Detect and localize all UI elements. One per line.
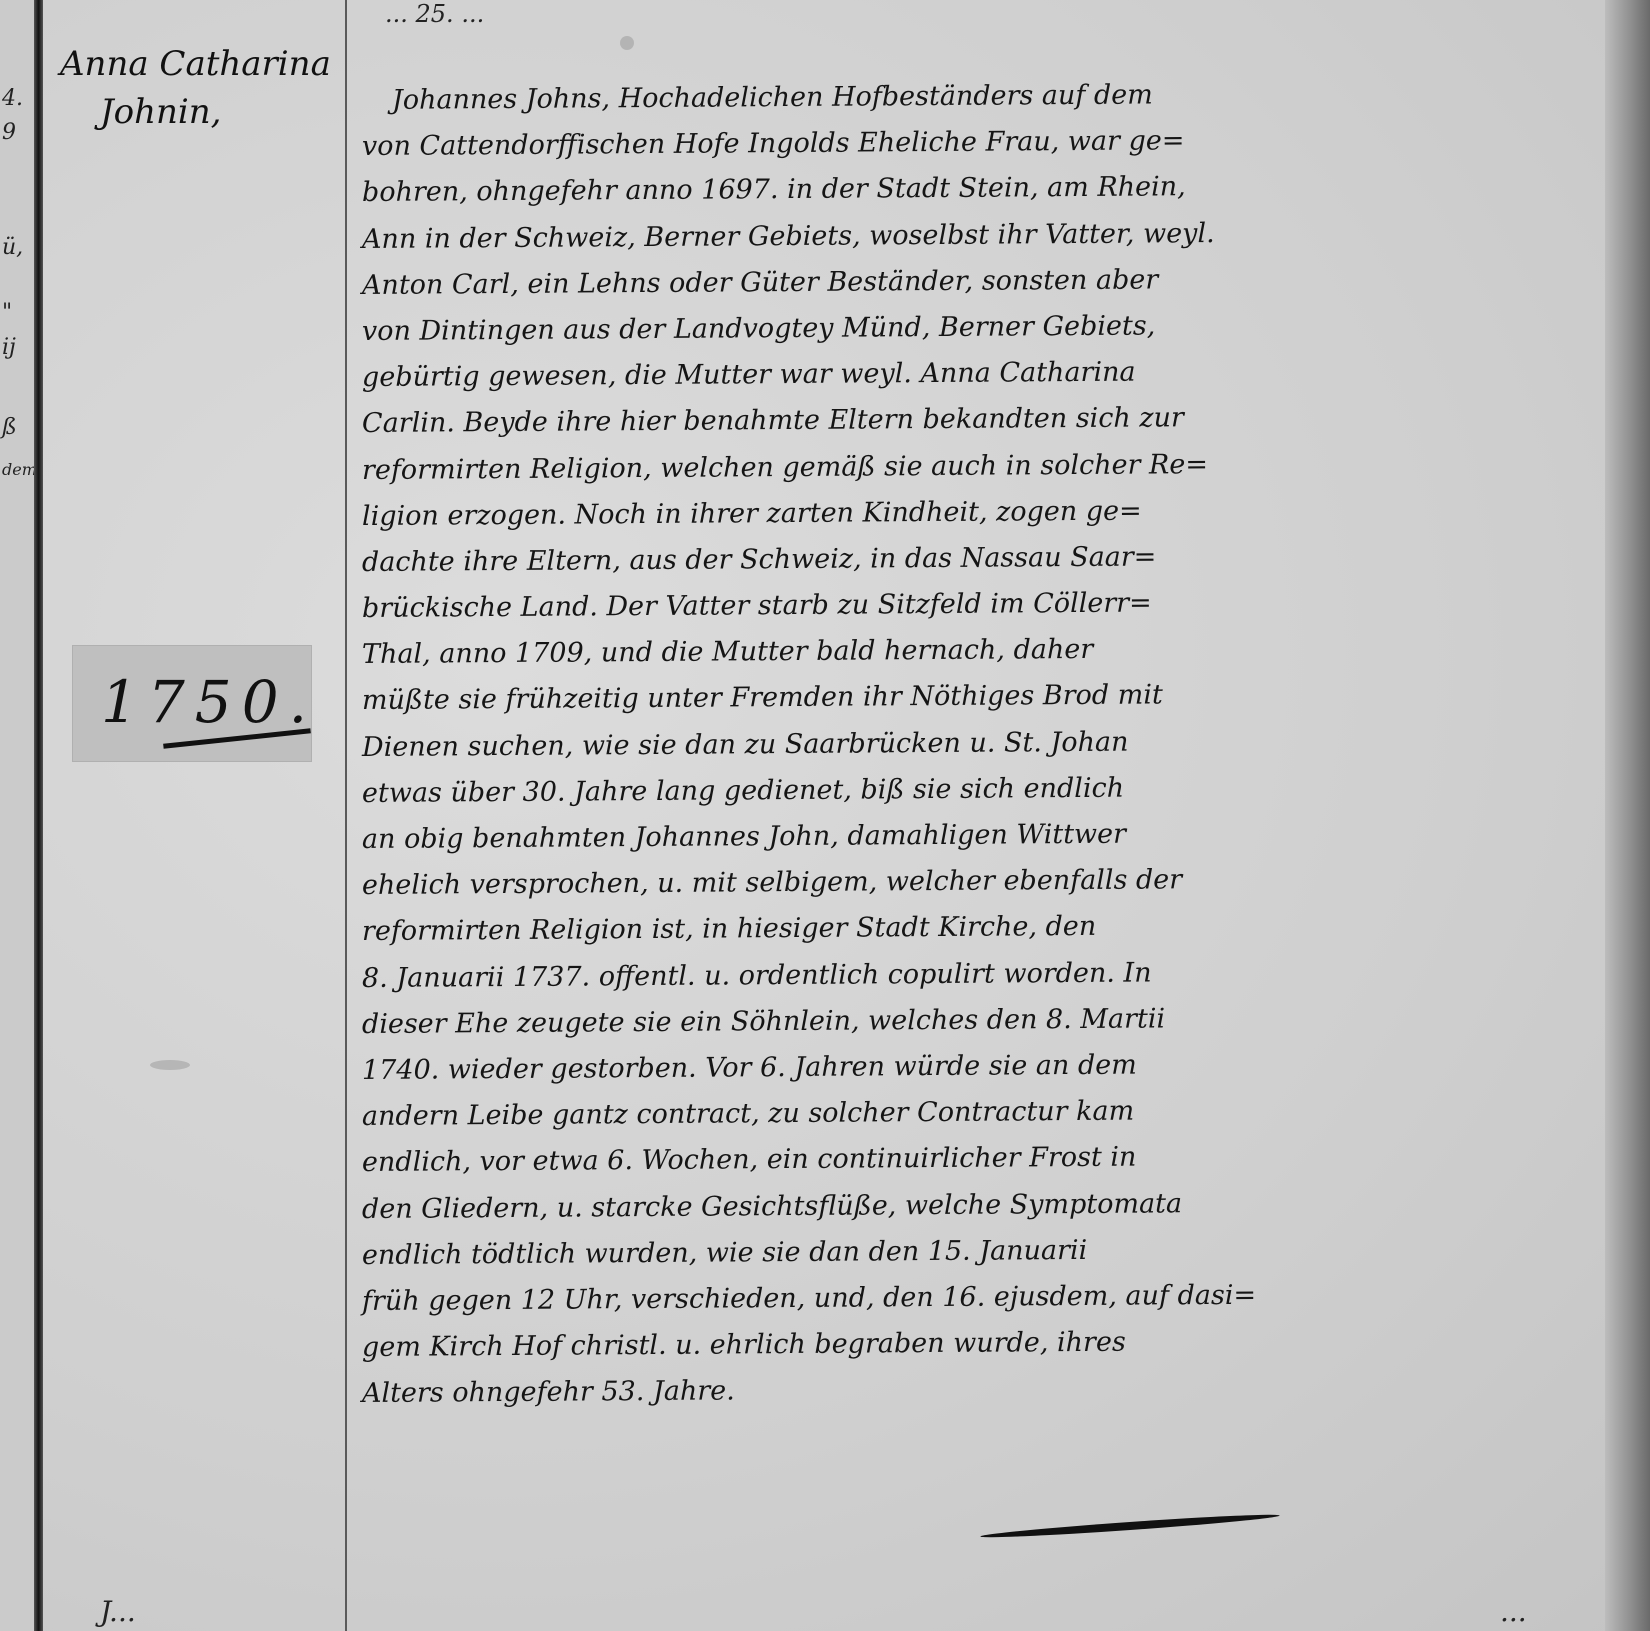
margin-fragment: ij bbox=[2, 335, 16, 360]
entry-line: müßte sie frühzeitig unter Fremden ihr N… bbox=[362, 670, 1612, 725]
entry-line: reformirten Religion ist, in hiesiger St… bbox=[362, 901, 1612, 956]
entry-line: bohren, ohngefehr anno 1697. in der Stad… bbox=[362, 162, 1612, 217]
year-text: 1750. bbox=[101, 668, 317, 736]
paper-stain bbox=[620, 36, 634, 50]
entry-line: 8. Januarii 1737. offentl. u. ordentlich… bbox=[362, 947, 1612, 1002]
entry-line: Alters ohngefehr 53. Jahre. bbox=[362, 1363, 1612, 1418]
entry-line: Carlin. Beyde ihre hier benahmte Eltern … bbox=[362, 393, 1612, 448]
register-page: 4. 9 ü, " ij ß dem ... 25. ... Anna Cath… bbox=[0, 0, 1650, 1631]
top-fragment: ... 25. ... bbox=[385, 0, 484, 28]
bottom-fragment: J... bbox=[100, 1595, 136, 1628]
register-entry: Johannes Johns, Hochadelichen Hofbeständ… bbox=[362, 78, 1612, 1417]
given-name: Anna Catharina bbox=[60, 44, 331, 84]
margin-fragment: ß bbox=[2, 415, 17, 440]
margin-fragment: dem bbox=[2, 460, 37, 479]
deceased-name: Anna Catharina Johnin, bbox=[60, 40, 350, 136]
column-rule-line bbox=[345, 0, 347, 1631]
entry-line: Dienen suchen, wie sie dan zu Saarbrücke… bbox=[362, 716, 1612, 771]
binding-rule-line bbox=[34, 0, 43, 1631]
bottom-fragment: ... bbox=[1500, 1595, 1527, 1628]
entry-line: endlich, vor etwa 6. Wochen, ein continu… bbox=[362, 1132, 1612, 1187]
margin-fragment: 9 bbox=[2, 120, 16, 145]
paper-stain bbox=[150, 1060, 190, 1070]
surname: Johnin, bbox=[60, 88, 350, 136]
entry-line: Ann in der Schweiz, Berner Gebiets, wose… bbox=[362, 208, 1612, 263]
entry-line: den Gliedern, u. starcke Gesichtsflüße, … bbox=[362, 1178, 1612, 1233]
year-label: 1750. bbox=[72, 645, 312, 762]
margin-fragment: " bbox=[2, 300, 12, 325]
entry-line: reformirten Religion, welchen gemäß sie … bbox=[362, 439, 1612, 494]
margin-fragment: 4. bbox=[2, 86, 23, 111]
next-entry-fragments: J... ... bbox=[100, 1595, 1600, 1631]
margin-fragment: ü, bbox=[2, 235, 23, 260]
closing-flourish-line bbox=[980, 1512, 1280, 1541]
